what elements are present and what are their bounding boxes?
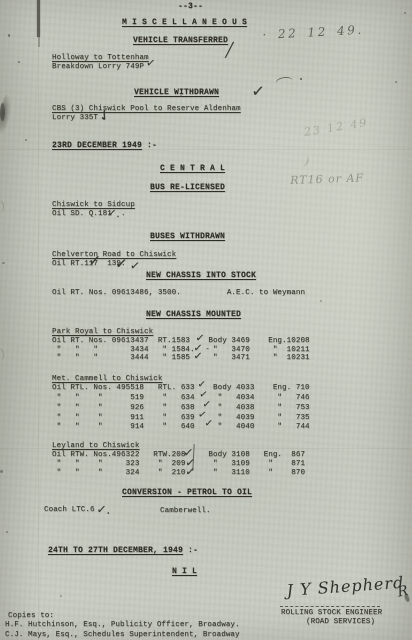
heading-buses-withdrawn-text: BUSES WITHDRAWN	[150, 232, 225, 241]
paper-speck	[2, 262, 5, 264]
subheading-park-royal-text: Park Royal to Chiswick	[52, 328, 153, 336]
subheading-park-royal: Park Royal to Chiswick	[52, 328, 153, 336]
route-holloway-text: Holloway to Tottenham	[52, 54, 149, 62]
date-23rd-text: 23RD DECEMBER 1949	[52, 141, 142, 150]
paper-speck	[6, 531, 8, 533]
paper-speck	[8, 34, 10, 37]
footer-line: H.F. Hutchinson, Esq., Publicity Officer…	[5, 621, 240, 629]
park-royal-row: " " " 3434 " 1584. " 3470 " 10211	[52, 346, 310, 354]
met-cammell-row: " " " 914 " 640 " 4040 " 744	[52, 423, 310, 431]
date-line-23rd: 23RD DECEMBER 1949 :-	[52, 142, 157, 151]
heading-ncis-text: NEW CHASSIS INTO STOCK	[146, 271, 256, 280]
paper-speck	[0, 470, 3, 473]
tick-mark: ✓	[88, 251, 102, 270]
tick-mark: ✓.	[96, 502, 111, 517]
subheading-met-cammell-text: Met. Cammell to Chiswick	[52, 375, 162, 383]
signature-title: ROLLING STOCK ENGINEER	[281, 609, 382, 617]
subheading-leyland-text: Leyland to Chiswick	[52, 442, 139, 450]
paper-speck	[320, 300, 322, 302]
tick-mark: ✓	[204, 418, 213, 430]
route-cbs-text: CBS (3) Chiswick Pool to Reserve Aldenha…	[52, 105, 241, 113]
tick-mark: ✓	[193, 349, 203, 363]
heading-miscellaneous-text: M I S C E L L A N E O U S	[122, 18, 247, 27]
tick-mark: ✓	[114, 254, 128, 273]
fold-line	[38, 0, 39, 640]
tick-mark: ✓	[251, 81, 266, 101]
date-24th-text: 24TH TO 27TH DECEMBER, 1949	[48, 546, 183, 555]
heading-ncm-text: NEW CHASSIS MOUNTED	[146, 310, 241, 319]
park-royal-row: Oil RT. Nos. 09613437 RT.1583 Body 3469 …	[52, 337, 310, 345]
heading-buses-withdrawn: BUSES WITHDRAWN	[150, 233, 225, 242]
binder-mark-strip	[37, 0, 40, 37]
route-sidcup-text: Chiswick to Sidcup	[52, 201, 135, 209]
paper-speck	[18, 61, 20, 63]
heading-vehicle-transferred-text: VEHICLE TRANSFERRED	[133, 36, 228, 45]
heading-conversion-text: CONVERSION - PETROL TO OIL	[122, 488, 252, 497]
met-cammell-row: " " " 911 " 639 " 4039 " 735	[52, 414, 310, 422]
tick-mark: ✓	[145, 56, 156, 70]
margin-paren-mark: )	[0, 198, 7, 214]
heading-new-chassis-mounted: NEW CHASSIS MOUNTED	[146, 311, 241, 320]
date-24th-suffix: :-	[183, 546, 198, 555]
heading-vehicle-withdrawn: VEHICLE WITHDRAWN	[134, 89, 219, 98]
leyland-row: Oil RTW. Nos.496322 RTW.208 Body 3108 En…	[52, 451, 305, 459]
signature-flourish: R	[396, 583, 410, 601]
dash-mark: -	[206, 344, 209, 353]
paper-speck	[395, 81, 397, 83]
route-cbs-chiswick-pool: CBS (3) Chiswick Pool to Reserve Aldenha…	[52, 105, 241, 113]
heading-central: C E N T R A L	[160, 165, 225, 174]
footer-line: C.J. Mays, Esq., Schedules Superintenden…	[5, 631, 240, 639]
signature-subtitle: (ROAD SERVICES)	[306, 618, 375, 626]
met-cammell-row: " " " 519 " 634 " 4034 " 746	[52, 394, 310, 402]
tick-mark: ✓	[185, 464, 196, 479]
signature-rule	[280, 606, 380, 607]
paper-speck	[25, 139, 27, 141]
date-23rd-suffix: :-	[142, 141, 157, 150]
nil-value: N I L	[172, 567, 197, 576]
date-line-24th-27th: 24TH TO 27TH DECEMBER, 1949 :-	[48, 547, 198, 556]
route-chiswick-sidcup: Chiswick to Sidcup	[52, 201, 135, 209]
paper-speck	[404, 12, 406, 14]
route-chelverton-text: Chelverton Road to Chiswick	[52, 251, 176, 259]
tick-mark: ✓.	[107, 206, 121, 220]
leyland-row: " " " 324 " 210 " 3110 " 870	[52, 469, 305, 477]
detail-breakdown-lorry: Breakdown Lorry 749P	[52, 63, 144, 71]
met-cammell-row: Oil RTL. Nos. 495518 RTL. 633 Body 4033 …	[52, 384, 310, 392]
heading-vehicle-withdrawn-text: VEHICLE WITHDRAWN	[134, 88, 219, 97]
signature-handwriting: J Y Shepherd	[286, 573, 405, 600]
heading-bus-relicensed: BUS RE-LICENSED	[150, 184, 225, 193]
scribble-dot	[300, 78, 302, 80]
handwritten-date-faint: 23 12 49	[303, 116, 369, 139]
ink-blotch	[0, 93, 13, 134]
heading-miscellaneous: M I S C E L L A N E O U S	[122, 19, 247, 28]
ink-blotch	[0, 103, 5, 121]
footer-copies-label: Copies to:	[8, 612, 54, 620]
margin-paren-mark: )	[303, 155, 310, 169]
handwritten-note-rt16: RT16 or AF	[290, 171, 364, 187]
heading-new-chassis-into-stock: NEW CHASSIS INTO STOCK	[146, 272, 256, 281]
leyland-row: " " " 323 " 209 " 3109 " 871	[52, 460, 305, 468]
margin-paren-mark: )	[0, 346, 7, 362]
heading-central-text: C E N T R A L	[160, 164, 225, 173]
heading-bus-relicensed-text: BUS RE-LICENSED	[150, 183, 225, 192]
paper-speck	[60, 595, 62, 597]
detail-lorry-335t: Lorry 335T	[52, 114, 98, 122]
route-chelverton: Chelverton Road to Chiswick	[52, 251, 176, 259]
route-holloway-tottenham: Holloway to Tottenham	[52, 54, 149, 62]
detail-camberwell: Camberwell.	[160, 507, 211, 515]
page-number: --3--	[178, 3, 203, 12]
handwritten-date-stamp: · 22 12 49.	[262, 23, 364, 42]
binder-mark-strip	[38, 37, 40, 47]
detail-coach-ltc6: Coach LTC.6	[44, 506, 95, 514]
subheading-leyland: Leyland to Chiswick	[52, 442, 139, 450]
park-royal-row: " " " 3444 " 1585 " 3471 " 10231	[52, 354, 310, 362]
subheading-met-cammell: Met. Cammell to Chiswick	[52, 375, 162, 383]
line-chassis-stock: Oil RT. Nos. 09613486, 3500. A.E.C. to W…	[52, 289, 305, 297]
tick-mark: ✓	[129, 258, 141, 273]
heading-vehicle-transferred: VEHICLE TRANSFERRED	[133, 37, 228, 46]
scanned-document-page: --3-- M I S C E L L A N E O U S VEHICLE …	[0, 0, 412, 640]
heading-conversion: CONVERSION - PETROL TO OIL	[122, 489, 252, 498]
scribble-mark	[275, 75, 294, 88]
nil-text: N I L	[172, 568, 197, 577]
met-cammell-row: " " " 926 " 638 " 4038 " 753	[52, 404, 310, 412]
